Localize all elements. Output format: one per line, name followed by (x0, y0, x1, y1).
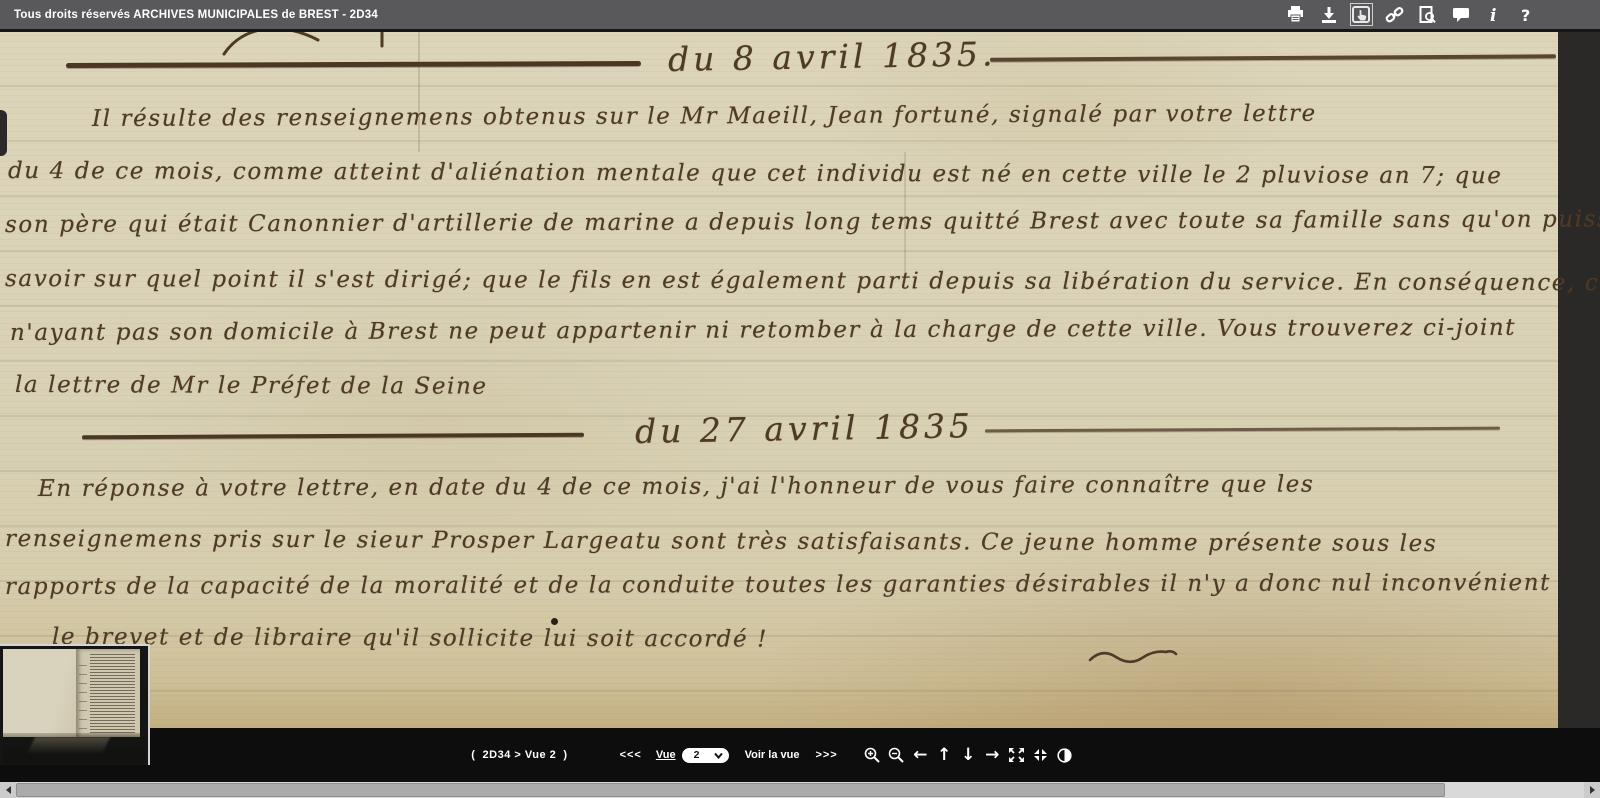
breadcrumb: ( 2D34 > Vue 2 ) (471, 749, 567, 761)
document-viewer: du 8 avril 1835. Il résulte des renseign… (0, 32, 1600, 728)
manuscript-line: le brevet et de libraire qu'il sollicite… (52, 624, 768, 652)
manuscript-page[interactable]: du 8 avril 1835. Il résulte des renseign… (0, 32, 1558, 728)
right-arrow-icon (1590, 786, 1595, 794)
viewer-controls: ← ↑ ↓ → (864, 747, 1073, 764)
handwriting-remnant-stroke (222, 32, 402, 56)
scroll-right-button[interactable] (1584, 782, 1600, 798)
view-select-value: 2 (694, 749, 700, 761)
manuscript-line: n'ayant pas son domicile à Brest ne peut… (10, 315, 1516, 346)
svg-text:?: ? (1521, 6, 1530, 24)
manuscript-line: savoir sur quel point il s'est dirigé; q… (5, 266, 1600, 296)
help-icon[interactable]: ? (1517, 5, 1536, 24)
horizontal-scrollbar[interactable] (0, 782, 1600, 798)
manuscript-line: renseignemens pris sur le sieur Prosper … (5, 526, 1437, 557)
manuscript-line: son père qui était Canonnier d'artilleri… (5, 206, 1600, 238)
comment-icon[interactable] (1451, 5, 1470, 24)
info-icon[interactable]: i (1484, 5, 1503, 24)
scan-edge-shadow (0, 110, 7, 156)
top-bar: Tous droits réservés ARCHIVES MUNICIPALE… (0, 0, 1600, 32)
scroll-left-button[interactable] (0, 782, 16, 798)
next-views-button[interactable]: >>> (815, 749, 837, 761)
thumbnail-left-page (3, 649, 76, 737)
entry-date-heading: du 8 avril 1835. (668, 34, 997, 79)
ink-blot (551, 618, 558, 625)
previous-views-button[interactable]: <<< (620, 749, 642, 761)
scrollbar-thumb[interactable] (16, 783, 1445, 797)
entry-date-heading: du 27 avril 1835 (635, 406, 975, 451)
manuscript-line: En réponse à votre lettre, en date du 4 … (38, 472, 1314, 502)
top-toolbar-icons: i ? (1286, 5, 1600, 24)
copyright-title: Tous droits réservés ARCHIVES MUNICIPALE… (0, 9, 378, 21)
pan-up-icon[interactable]: ↑ (936, 747, 953, 764)
header-rule-right-1 (990, 54, 1556, 61)
select-hand-icon[interactable] (1352, 5, 1371, 24)
manuscript-line: du 4 de ce mois, comme atteint d'aliénat… (8, 158, 1503, 189)
header-rule-right-2 (985, 427, 1500, 433)
fit-view-icon[interactable] (1032, 747, 1049, 764)
contrast-icon[interactable] (1056, 747, 1073, 764)
manuscript-line: la lettre de Mr le Préfet de la Seine (15, 372, 488, 400)
view-select-dropdown[interactable]: 2 (682, 748, 729, 763)
page-thumbnail-navigator[interactable] (0, 644, 150, 765)
header-rule-left-2 (82, 433, 584, 440)
document-search-icon[interactable] (1418, 5, 1437, 24)
link-icon[interactable] (1385, 5, 1404, 24)
svg-text:i: i (1490, 6, 1496, 24)
zoom-in-icon[interactable] (864, 747, 881, 764)
expand-icon[interactable] (1008, 747, 1025, 764)
pan-right-icon[interactable]: → (984, 747, 1001, 764)
thumbnail-right-page (76, 649, 140, 737)
go-to-view-link[interactable]: Voir la vue (745, 749, 800, 761)
pan-down-icon[interactable]: ↓ (960, 747, 977, 764)
manuscript-line: rapports de la capacité de la moralité e… (5, 570, 1551, 600)
thumbnail-shadow (3, 733, 146, 763)
flourish-stroke (1088, 646, 1178, 668)
header-rule-left-1 (66, 61, 641, 68)
download-icon[interactable] (1319, 5, 1338, 24)
viewer-toolbar: ( 2D34 > Vue 2 ) <<< Vue 2 Voir la vue >… (0, 728, 1600, 782)
zoom-out-icon[interactable] (888, 747, 905, 764)
left-arrow-icon (6, 786, 11, 794)
print-icon[interactable] (1286, 5, 1305, 24)
chevron-down-icon (714, 752, 723, 759)
view-label-link[interactable]: Vue (656, 749, 676, 761)
manuscript-line: Il résulte des renseignemens obtenus sur… (92, 101, 1317, 132)
pan-left-icon[interactable]: ← (912, 747, 929, 764)
